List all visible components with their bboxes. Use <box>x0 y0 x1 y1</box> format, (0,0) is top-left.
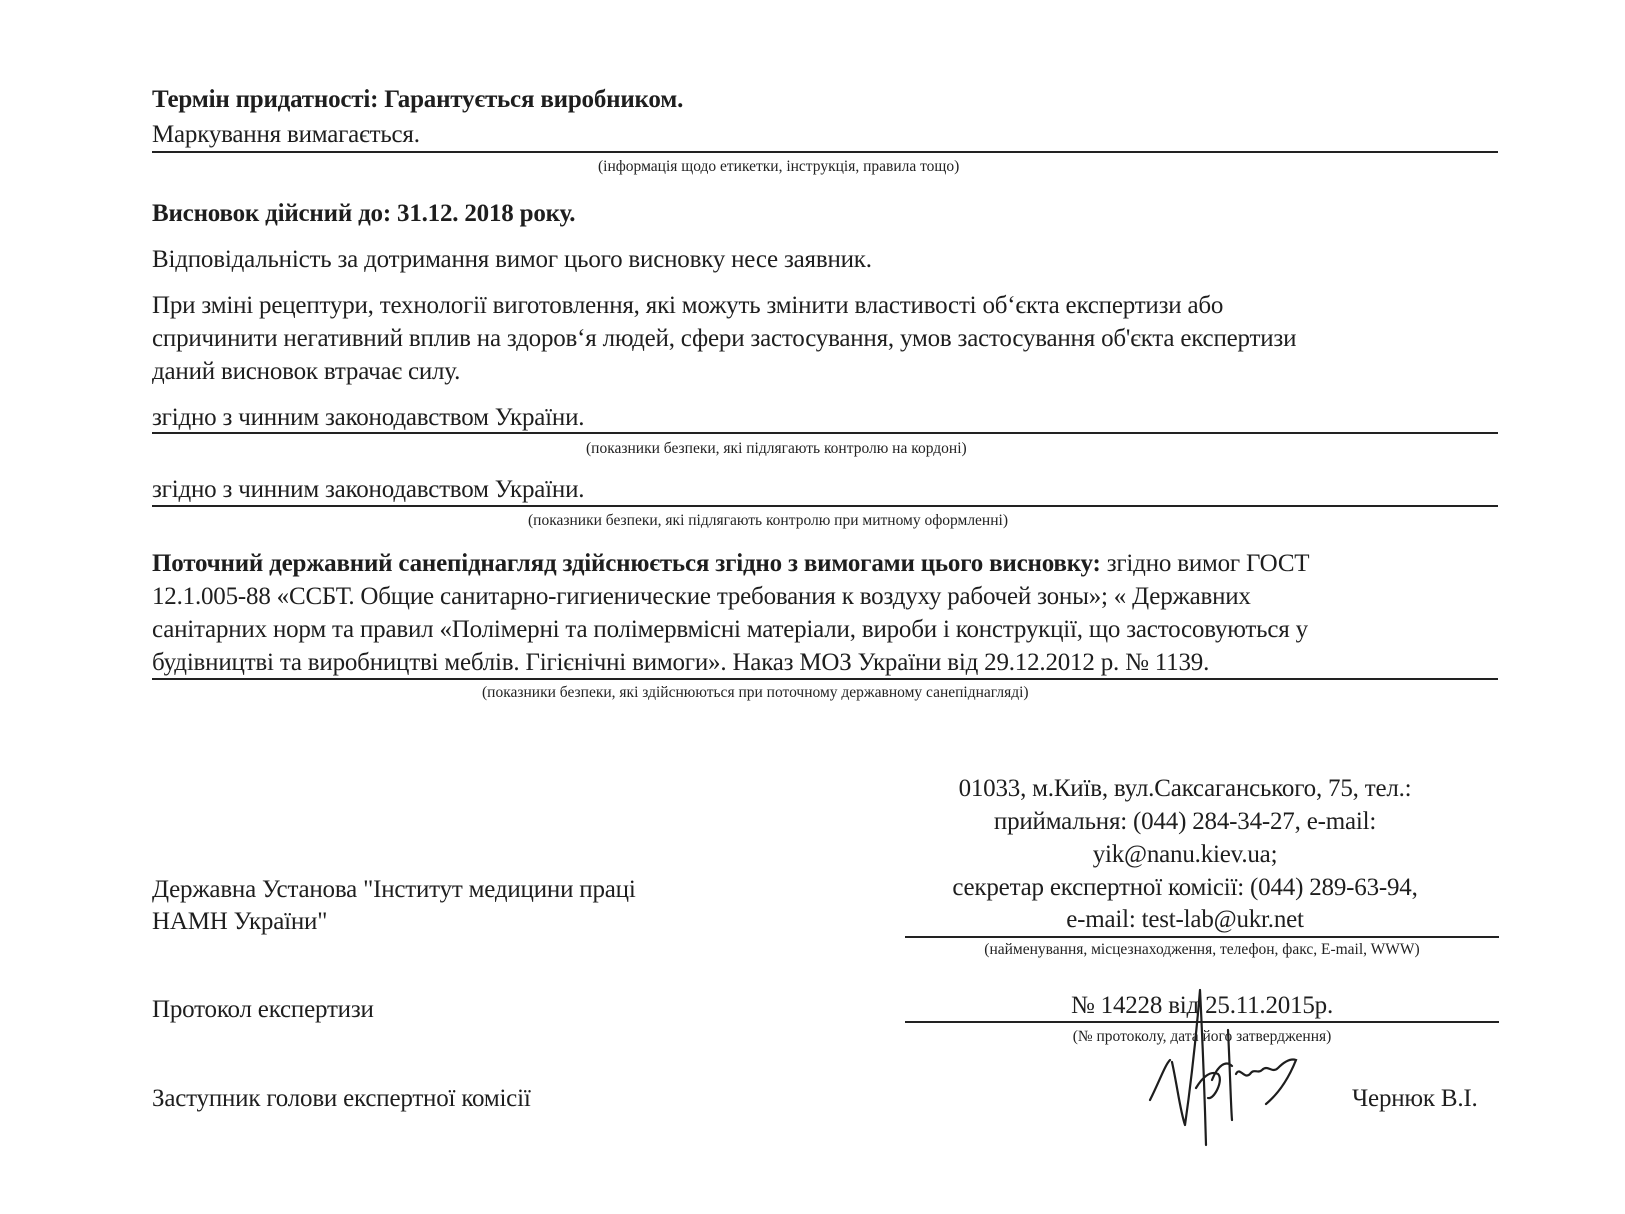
border-control-caption: (показники безпеки, які підлягають контр… <box>586 440 967 458</box>
labeling-text: Маркування вимагається. <box>152 119 420 151</box>
customs-control-text: згідно з чинним законодавством України. <box>152 474 584 506</box>
labeling-underline <box>152 151 1498 153</box>
customs-control-caption: (показники безпеки, які підлягають контр… <box>528 512 1008 530</box>
address-line-5: e-mail: test-lab@ukr.net <box>905 904 1465 936</box>
labeling-caption: (інформація щодо етикетки, інструкція, п… <box>598 158 959 176</box>
supervision-underline <box>152 678 1498 680</box>
border-control-text: згідно з чинним законодавством України. <box>152 402 584 434</box>
institution-caption: (найменування, місцезнаходження, телефон… <box>905 941 1499 959</box>
change-clause-line-1: При зміні рецептури, технології виготовл… <box>152 290 1223 322</box>
customs-control-underline <box>152 505 1498 507</box>
change-clause-line-2: спричинити негативний вплив на здоров‘я … <box>152 323 1296 355</box>
address-line-2: приймальня: (044) 284-34-27, e-mail: <box>905 806 1465 838</box>
supervision-caption: (показники безпеки, які здійснюються при… <box>482 684 1029 702</box>
document-page: { "shelf_life": { "label": "Термін прида… <box>0 0 1625 1214</box>
shelf-life-value: Гарантується виробником. <box>384 86 683 113</box>
address-line-4: секретар експертної комісії: (044) 289-6… <box>905 872 1465 904</box>
address-line-1: 01033, м.Київ, вул.Саксаганського, 75, т… <box>905 773 1465 805</box>
border-control-underline <box>152 432 1498 434</box>
institution-underline <box>905 936 1499 938</box>
supervision-line-4: будівництві та виробництві меблів. Гігіє… <box>152 647 1209 679</box>
supervision-text-1: згідно вимог ГОСТ <box>1101 550 1310 577</box>
signature-icon <box>1140 970 1340 1150</box>
signatory-name: Чернюк В.І. <box>1352 1083 1478 1115</box>
supervision-line-2: 12.1.005-88 «ССБТ. Общие санитарно-гигие… <box>152 581 1251 613</box>
institution-name-line-2: НАМН України" <box>152 906 327 938</box>
shelf-life-line: Термін придатності: Гарантується виробни… <box>152 84 683 116</box>
protocol-label: Протокол експертизи <box>152 994 374 1026</box>
address-line-3: yik@nanu.kiev.ua; <box>905 839 1465 871</box>
responsibility-text: Відповідальність за дотримання вимог цьо… <box>152 244 872 276</box>
change-clause-line-3: даний висновок втрачає силу. <box>152 356 460 388</box>
signatory-role: Заступник голови експертної комісії <box>152 1083 531 1115</box>
institution-name-line-1: Державна Установа "Інститут медицини пра… <box>152 874 636 906</box>
shelf-life-label: Термін придатності: <box>152 86 378 113</box>
supervision-label: Поточний державний санепіднагляд здійсню… <box>152 550 1101 577</box>
supervision-line-3: санітарних норм та правил «Полімерні та … <box>152 614 1308 646</box>
supervision-line-1: Поточний державний санепіднагляд здійсню… <box>152 548 1309 580</box>
validity-text: Висновок дійсний до: 31.12. 2018 року. <box>152 198 575 230</box>
